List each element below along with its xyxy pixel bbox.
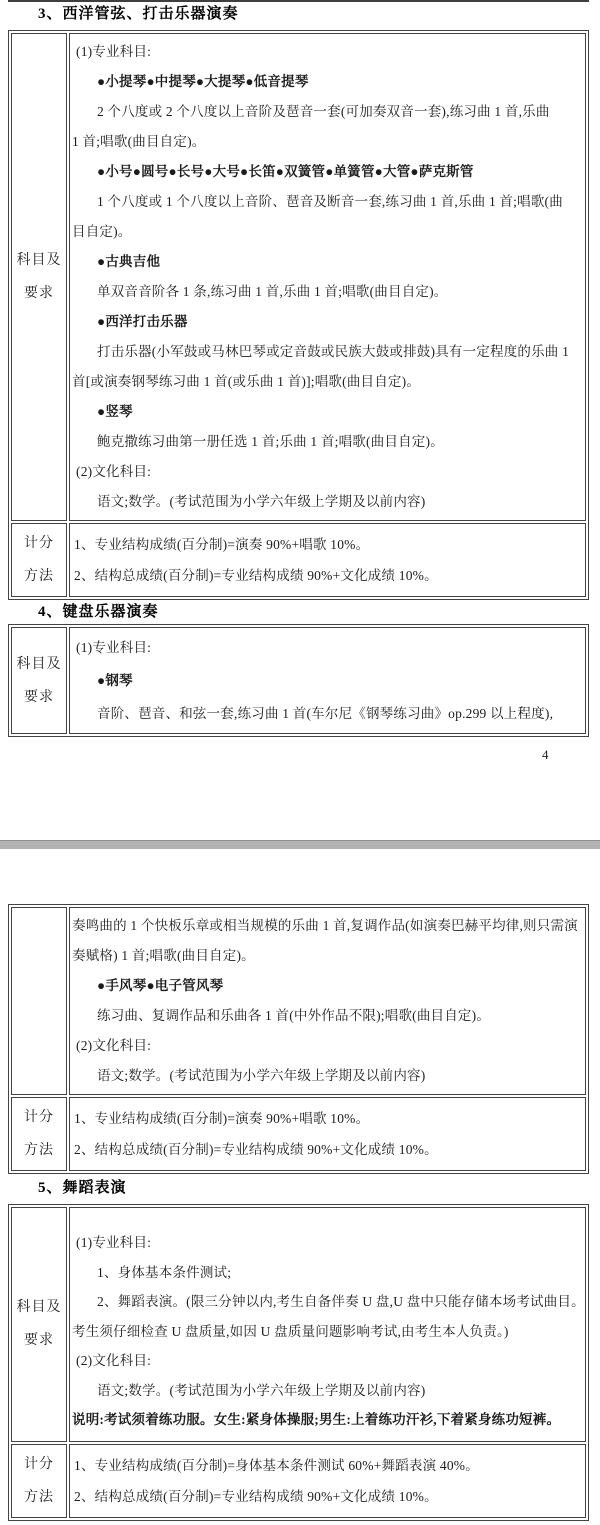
scoring-content-cell: 1、专业结构成绩(百分制)=演奏 90%+唱歌 10%。 2、结构总成绩(百分制… bbox=[69, 523, 586, 597]
content-line: 单双音音阶各 1 条,练习曲 1 首,乐曲 1 首;唱歌(曲目自定)。 bbox=[72, 277, 583, 307]
section-4-requirements-table: 科目及 要求 (1)专业科目: ●钢琴 音阶、琶音、和弦一套,练习曲 1 首(车… bbox=[8, 624, 589, 737]
content-line: 考生须仔细检查 U 盘质量,如因 U 盘质量问题影响考试,由考生本人负责。) bbox=[72, 1317, 583, 1347]
content-line: (1)专业科目: bbox=[72, 37, 583, 67]
content-line: 语文;数学。(考试范围为小学六年级上学期及以前内容) bbox=[72, 487, 583, 517]
scoring-label-line1: 计分 bbox=[12, 1101, 66, 1134]
content-line: 2 个八度或 2 个八度以上音阶及琶音一套(可加奏双音一套),练习曲 1 首,乐… bbox=[72, 97, 583, 127]
content-line: 1 首;唱歌(曲目自定)。 bbox=[72, 127, 583, 157]
subjects-label-cell: 科目及 要求 bbox=[11, 1207, 67, 1442]
page-separator bbox=[0, 840, 600, 849]
scoring-line: 1、专业结构成绩(百分制)=演奏 90%+唱歌 10%。 bbox=[72, 529, 583, 560]
scoring-label-line1: 计分 bbox=[12, 527, 66, 560]
content-line: (1)专业科目: bbox=[72, 1228, 583, 1258]
content-line: 1 个八度或 1 个八度以上音阶、琶音及断音一套,练习曲 1 首,乐曲 1 首;… bbox=[72, 187, 583, 217]
content-line: 打击乐器(小军鼓或马林巴琴或定音鼓或民族大鼓或排鼓)具有一定程度的乐曲 1 bbox=[72, 337, 583, 367]
table-row-scoring: 计分 方法 1、专业结构成绩(百分制)=演奏 90%+唱歌 10%。 2、结构总… bbox=[11, 523, 586, 597]
subjects-label-cell: 科目及 要求 bbox=[11, 627, 67, 734]
scoring-label-cell: 计分 方法 bbox=[11, 523, 67, 597]
subjects-label-line1: 科目及 bbox=[12, 648, 66, 681]
content-line-instruments: ●古典吉他 bbox=[72, 247, 583, 277]
previous-table-bottom-border bbox=[8, 0, 589, 2]
scoring-line: 1、专业结构成绩(百分制)=演奏 90%+唱歌 10%。 bbox=[72, 1103, 583, 1134]
subjects-content-cell: 奏鸣曲的 1 个快板乐章或相当规模的乐曲 1 首,复调作品(如演奏巴赫平均律,则… bbox=[69, 907, 586, 1095]
subjects-label-line1: 科目及 bbox=[12, 1291, 66, 1324]
empty-label-cell bbox=[11, 907, 67, 1095]
content-line: 语文;数学。(考试范围为小学六年级上学期及以前内容) bbox=[72, 1376, 583, 1406]
section-3-heading: 3、西洋管弦、打击乐器演奏 bbox=[38, 4, 239, 24]
content-line: 奏鸣曲的 1 个快板乐章或相当规模的乐曲 1 首,复调作品(如演奏巴赫平均律,则… bbox=[72, 911, 583, 941]
subjects-label-cell: 科目及 要求 bbox=[11, 33, 67, 521]
content-line: (2)文化科目: bbox=[72, 1031, 583, 1061]
subjects-label-line2: 要求 bbox=[12, 681, 66, 714]
content-line: 首[或演奏钢琴练习曲 1 首(或乐曲 1 首)];唱歌(曲目自定)。 bbox=[72, 367, 583, 397]
content-line: 目自定)。 bbox=[72, 217, 583, 247]
scoring-label-line1: 计分 bbox=[12, 1448, 66, 1481]
scoring-label-cell: 计分 方法 bbox=[11, 1444, 67, 1518]
content-line: (2)文化科目: bbox=[72, 457, 583, 487]
subjects-content-cell: (1)专业科目: 1、身体基本条件测试; 2、舞蹈表演。(限三分钟以内,考生自备… bbox=[69, 1207, 586, 1442]
table-row-subjects: 科目及 要求 (1)专业科目: ●小提琴●中提琴●大提琴●低音提琴 2 个八度或… bbox=[11, 33, 586, 521]
subjects-label-line2: 要求 bbox=[12, 1324, 66, 1357]
scoring-label-line2: 方法 bbox=[12, 1134, 66, 1167]
table-row-subjects: 科目及 要求 (1)专业科目: ●钢琴 音阶、琶音、和弦一套,练习曲 1 首(车… bbox=[11, 627, 586, 734]
content-line-instruments: ●手风琴●电子管风琴 bbox=[72, 971, 583, 1001]
content-line-instruments: ●小号●圆号●长号●大号●长笛●双簧管●单簧管●大管●萨克斯管 bbox=[72, 157, 583, 187]
section-3-requirements-table: 科目及 要求 (1)专业科目: ●小提琴●中提琴●大提琴●低音提琴 2 个八度或… bbox=[8, 30, 589, 600]
scoring-line: 2、结构总成绩(百分制)=专业结构成绩 90%+文化成绩 10%。 bbox=[72, 560, 583, 591]
content-line-instruments: ●竖琴 bbox=[72, 397, 583, 427]
scoring-content-cell: 1、专业结构成绩(百分制)=演奏 90%+唱歌 10%。 2、结构总成绩(百分制… bbox=[69, 1097, 586, 1171]
table-row-scoring: 计分 方法 1、专业结构成绩(百分制)=身体基本条件测试 60%+舞蹈表演 40… bbox=[11, 1444, 586, 1518]
table-row-scoring: 计分 方法 1、专业结构成绩(百分制)=演奏 90%+唱歌 10%。 2、结构总… bbox=[11, 1097, 586, 1171]
content-line: (1)专业科目: bbox=[72, 631, 583, 664]
scoring-line: 1、专业结构成绩(百分制)=身体基本条件测试 60%+舞蹈表演 40%。 bbox=[72, 1450, 583, 1481]
content-line: (2)文化科目: bbox=[72, 1346, 583, 1376]
content-line-instruments: ●小提琴●中提琴●大提琴●低音提琴 bbox=[72, 67, 583, 97]
scoring-line: 2、结构总成绩(百分制)=专业结构成绩 90%+文化成绩 10%。 bbox=[72, 1481, 583, 1512]
section-5-requirements-table: 科目及 要求 (1)专业科目: 1、身体基本条件测试; 2、舞蹈表演。(限三分钟… bbox=[8, 1204, 589, 1521]
subjects-label-line1: 科目及 bbox=[12, 244, 66, 277]
content-line-instruments: ●钢琴 bbox=[72, 664, 583, 697]
content-line: 鲍克撒练习曲第一册任选 1 首;乐曲 1 首;唱歌(曲目自定)。 bbox=[72, 427, 583, 457]
subjects-content-cell: (1)专业科目: ●钢琴 音阶、琶音、和弦一套,练习曲 1 首(车尔尼《钢琴练习… bbox=[69, 627, 586, 734]
scoring-content-cell: 1、专业结构成绩(百分制)=身体基本条件测试 60%+舞蹈表演 40%。 2、结… bbox=[69, 1444, 586, 1518]
scoring-label-cell: 计分 方法 bbox=[11, 1097, 67, 1171]
content-line: 语文;数学。(考试范围为小学六年级上学期及以前内容) bbox=[72, 1061, 583, 1091]
content-line-instruments: ●西洋打击乐器 bbox=[72, 307, 583, 337]
content-line: 练习曲、复调作品和乐曲各 1 首(中外作品不限);唱歌(曲目自定)。 bbox=[72, 1001, 583, 1031]
scoring-label-line2: 方法 bbox=[12, 560, 66, 593]
content-line: 音阶、琶音、和弦一套,练习曲 1 首(车尔尼《钢琴练习曲》op.299 以上程度… bbox=[72, 697, 583, 730]
content-line: 2、舞蹈表演。(限三分钟以内,考生自备伴奏 U 盘,U 盘中只能存储本场考试曲目… bbox=[72, 1287, 583, 1317]
content-line: 1、身体基本条件测试; bbox=[72, 1258, 583, 1288]
section-4-table-continuation: 奏鸣曲的 1 个快板乐章或相当规模的乐曲 1 首,复调作品(如演奏巴赫平均律,则… bbox=[8, 904, 589, 1174]
section-5-heading: 5、舞蹈表演 bbox=[38, 1178, 127, 1198]
document-page-view: 3、西洋管弦、打击乐器演奏 科目及 要求 (1)专业科目: ●小提琴●中提琴●大… bbox=[0, 0, 600, 1525]
scoring-label-line2: 方法 bbox=[12, 1481, 66, 1514]
subjects-label-line2: 要求 bbox=[12, 277, 66, 310]
content-line-note: 说明:考试须着练功服。女生:紧身体操服;男生:上着练功汗衫,下着紧身练功短裤。 bbox=[72, 1405, 583, 1435]
table-row-subjects: 科目及 要求 (1)专业科目: 1、身体基本条件测试; 2、舞蹈表演。(限三分钟… bbox=[11, 1207, 586, 1442]
page-number: 4 bbox=[542, 747, 549, 763]
scoring-line: 2、结构总成绩(百分制)=专业结构成绩 90%+文化成绩 10%。 bbox=[72, 1134, 583, 1165]
subjects-content-cell: (1)专业科目: ●小提琴●中提琴●大提琴●低音提琴 2 个八度或 2 个八度以… bbox=[69, 33, 586, 521]
content-line: 奏赋格) 1 首;唱歌(曲目自定)。 bbox=[72, 941, 583, 971]
table-row-subjects-continued: 奏鸣曲的 1 个快板乐章或相当规模的乐曲 1 首,复调作品(如演奏巴赫平均律,则… bbox=[11, 907, 586, 1095]
section-4-heading: 4、键盘乐器演奏 bbox=[38, 602, 159, 622]
